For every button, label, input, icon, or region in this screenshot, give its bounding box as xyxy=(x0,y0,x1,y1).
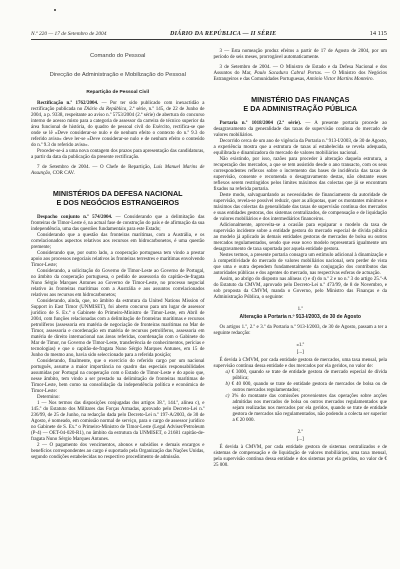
gazette-scanned-page: N.º 220 — 17 de Setembro de 2004 DIÁRIO … xyxy=(0,0,400,569)
portaria-paragraph: Nestes termos, a presente portaria consa… xyxy=(214,253,388,277)
rectificacao-paragraph-2: Proceder-se-á a uma nova contagem dos pr… xyxy=(31,149,205,161)
despacho-conjunto-number: Despacho conjunto n.º 574/2004. xyxy=(37,215,112,220)
ministry-heading-defesa-negocios-estrangeiros: MINISTÉRIOS DA DEFESA NACIONALE DOS NEGÓ… xyxy=(31,190,205,207)
portaria-paragraph: Assim, ao abrigo do disposto nas alíneas… xyxy=(214,277,388,301)
signature-name-minister-negocios: António Victor Martins Monteiro xyxy=(307,77,373,82)
quoted-article-1-body: É devida à CMVM, por cada entidade gesto… xyxy=(214,358,388,370)
ministers-signature: 3 de Setembro de 2004. — O Ministro de E… xyxy=(214,65,388,83)
ministry-heading-line-2: E DOS NEGÓCIOS ESTRANGEIROS xyxy=(56,198,179,207)
portaria-paragraph: Não existindo, por isso, razões para pro… xyxy=(214,157,388,193)
header-page-number: 14 115 xyxy=(294,30,387,37)
two-column-layout: Comando do Pessoal Direcção de Administr… xyxy=(31,49,387,469)
despacho-paragraph: Considerando, a solicitação do Governo d… xyxy=(31,269,205,299)
portaria-paragraph: Portaria n.º 1018/2004 (2.ª série). — A … xyxy=(214,121,388,139)
despacho-paragraph: Considerando, finalmente, que o exercíci… xyxy=(31,359,205,395)
signature-name-minister-defesa: Paulo Sacadura Cabral Portas xyxy=(254,71,321,76)
header-journal-title: DIÁRIO DA REPÚBLICA — II SÉRIE xyxy=(152,31,294,37)
rectificacao-text-2: , 2.ª série, n.º 145, de 22 de Junho de … xyxy=(31,107,205,148)
despacho-paragraph: Considerando que, por outro lado, a coop… xyxy=(31,251,205,269)
list-item-c: c) 3% do montante das comissões provenie… xyxy=(226,394,388,424)
rectificacao-signature: 7 de Setembro de 2004. — O Chefe de Repa… xyxy=(31,165,205,177)
portaria-number: Portaria n.º 1018/2004 (2.ª série). xyxy=(220,121,302,126)
rectificacao-number: Rectificação n.º 1762/2004. xyxy=(37,101,98,106)
rectificacao-paragraph: Rectificação n.º 1762/2004. — Por ter si… xyxy=(31,101,205,149)
scan-artifact-dot xyxy=(54,9,56,11)
article-number-1: 1.º xyxy=(214,307,388,312)
omission-ellipsis: [...] xyxy=(214,437,388,442)
omission-ellipsis: [...] xyxy=(214,350,388,355)
article-1-intro: Os artigos 1.º, 2.º e 3.º da Portaria n.… xyxy=(214,325,388,337)
despacho-paragraph: Considerando que a questão das fronteira… xyxy=(31,233,205,251)
despacho-item-2: 2 — O pagamento dos vencimentos, abonos … xyxy=(31,443,205,461)
portaria-paragraph: Adicionalmente, aproveita-se a ocasião p… xyxy=(214,223,388,253)
left-column: Comando do Pessoal Direcção de Administr… xyxy=(31,49,205,469)
quoted-article-2-number: 2.º xyxy=(214,430,388,435)
signature-rank: , COR CAV. xyxy=(50,171,75,176)
quoted-article-2-body: É devida à CMVM, por cada entidade gesto… xyxy=(214,445,388,469)
ministry-heading-line-2: E DA ADMINISTRAÇÃO PÚBLICA xyxy=(243,104,357,113)
journal-name-italic: Diário da República xyxy=(84,107,126,112)
list-item-a: a) € 3000, quando se trate de entidade g… xyxy=(226,370,388,382)
page-content: N.º 220 — 17 de Setembro de 2004 DIÁRIO … xyxy=(31,30,387,469)
quoted-article-1-number: «1.º xyxy=(214,343,388,348)
list-item-b-text: € 40 000, quando se trate de entidade ge… xyxy=(232,382,387,393)
list-item-c-text: 3% do montante das comissões proveniente… xyxy=(232,394,387,423)
org-heading-direccao-administracao: Direcção de Administração e Mobilização … xyxy=(31,72,205,79)
header-issue-date: N.º 220 — 17 de Setembro de 2004 xyxy=(31,31,152,37)
portaria-paragraph: Decorrido cerca de um ano de vigência da… xyxy=(214,139,388,157)
list-item-b: b) € 40 000, quando se trate de entidade… xyxy=(226,382,388,394)
article-1-title: Alteração à Portaria n.º 913-I/2003, de … xyxy=(214,314,388,320)
page-header: N.º 220 — 17 de Setembro de 2004 DIÁRIO … xyxy=(31,30,387,40)
ministry-heading-financas-administracao-publica: MINISTÉRIO DAS FINANÇASE DA ADMINISTRAÇÃ… xyxy=(214,96,388,113)
signature-period: . xyxy=(373,77,374,82)
org-heading-comando-pessoal: Comando do Pessoal xyxy=(31,53,205,60)
despacho-paragraph: Considerando, ainda, que, no âmbito da e… xyxy=(31,299,205,359)
list-item-a-text: € 3000, quando se trate de entidade gest… xyxy=(232,370,387,381)
despacho-item-1: 1 — Nos termos das disposições conjugada… xyxy=(31,401,205,443)
org-subheading-reparticao-pessoal-civil: Repartição de Pessoal Civil xyxy=(31,90,205,95)
despacho-item-3: 3 — Esta nomeação produz efeitos a parti… xyxy=(214,49,388,61)
despacho-conjunto-paragraph: Despacho conjunto n.º 574/2004. — Consid… xyxy=(31,215,205,233)
right-column: 3 — Esta nomeação produz efeitos a parti… xyxy=(214,49,388,469)
signature-date-role: 7 de Setembro de 2004. — O Chefe de Repa… xyxy=(37,165,154,170)
portaria-paragraph: Deste modo, salvaguardando as necessidad… xyxy=(214,193,388,223)
